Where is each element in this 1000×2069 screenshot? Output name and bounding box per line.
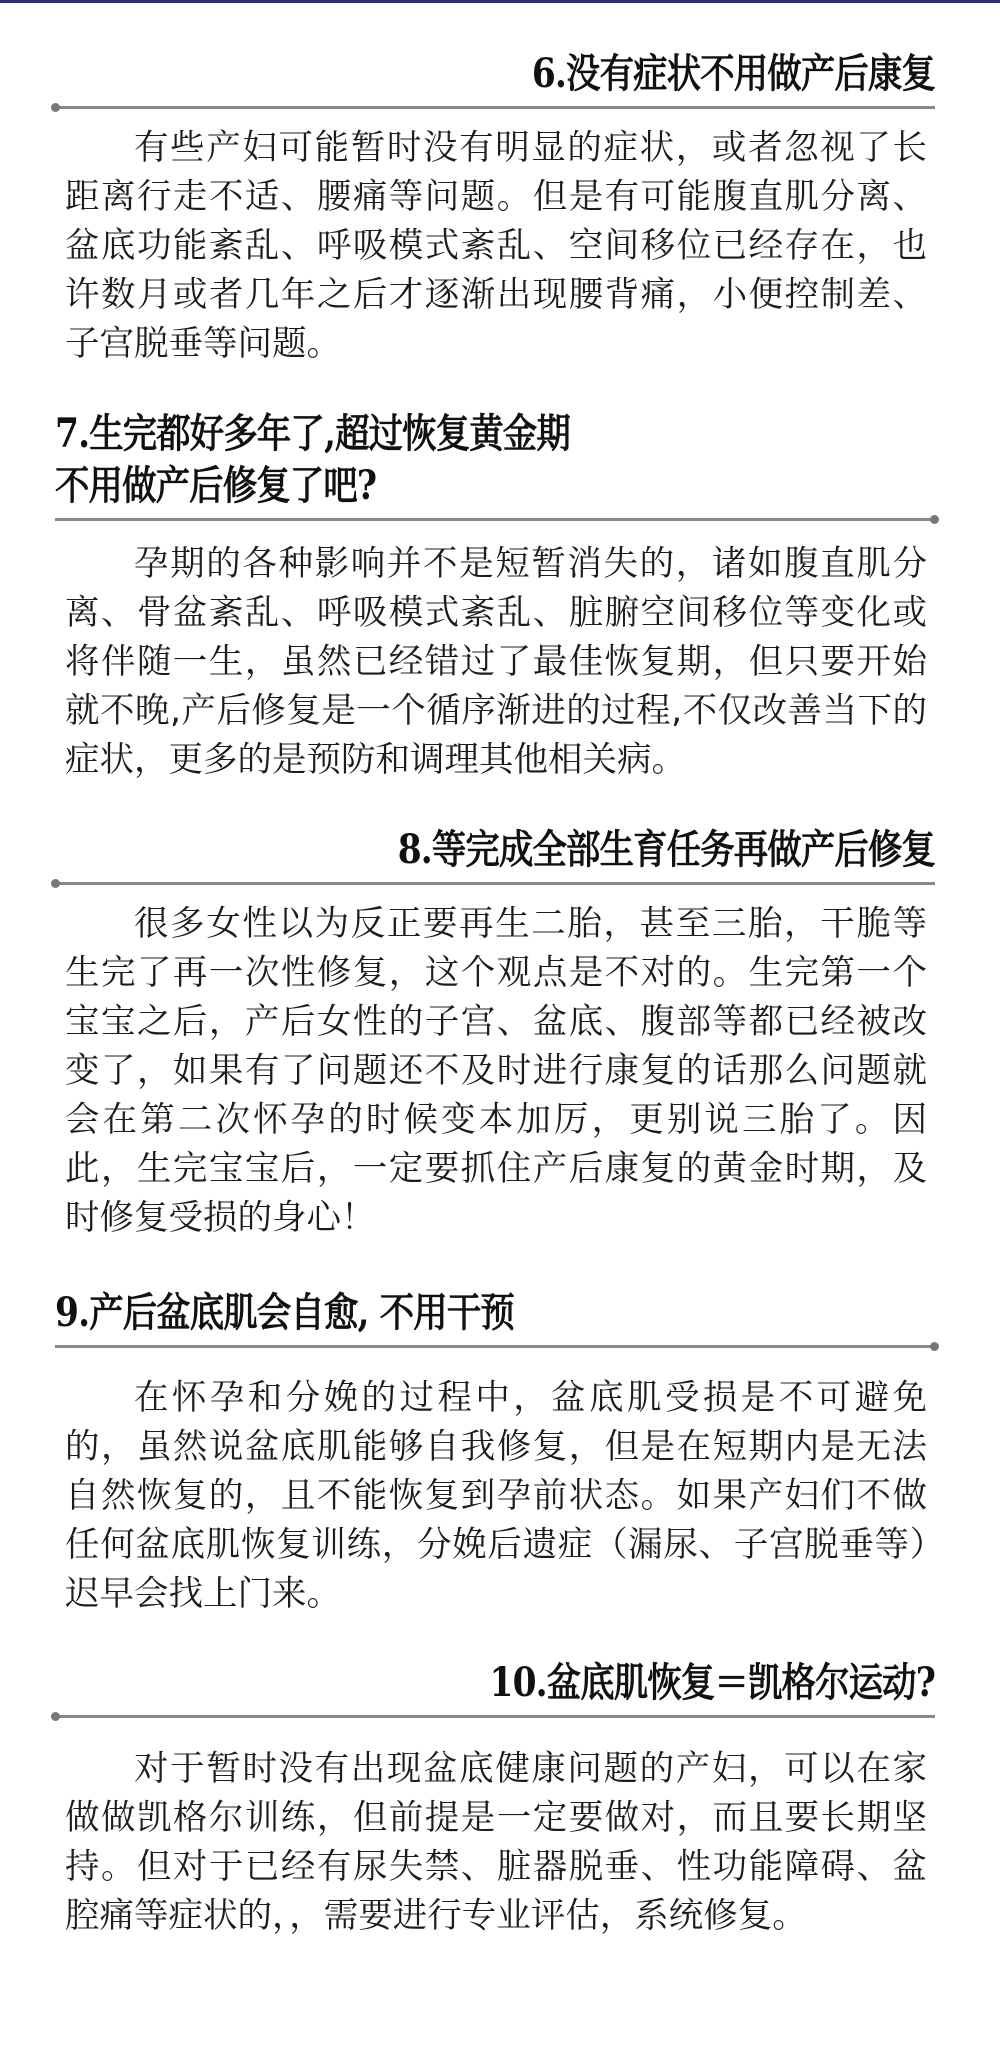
- section-9: 9.产后盆底肌会自愈, 不用干预: [55, 1287, 935, 1348]
- divider-dot-icon: [930, 1342, 939, 1351]
- section-7-divider: [55, 518, 935, 521]
- section-9-paragraph: 在怀孕和分娩的过程中，盆底肌受损是不可避免的，虽然说盆底肌能够自我修复，但是在短…: [55, 1374, 935, 1619]
- section-6-paragraph: 有些产妇可能暂时没有明显的症状，或者忽视了长距离行走不适、腰痛等问题。但是有可能…: [55, 124, 935, 369]
- section-6-divider: [55, 106, 935, 109]
- section-7-body: 孕期的各种影响并不是短暂消失的，诸如腹直肌分离、骨盆紊乱、呼吸模式紊乱、脏腑空间…: [55, 540, 935, 785]
- divider-dot-icon: [51, 879, 60, 888]
- section-8-body: 很多女性以为反正要再生二胎，甚至三胎，干脆等生完了再一次性修复，这个观点是不对的…: [55, 900, 935, 1243]
- section-6-body: 有些产妇可能暂时没有明显的症状，或者忽视了长距离行走不适、腰痛等问题。但是有可能…: [55, 124, 935, 369]
- divider-dot-icon: [51, 103, 60, 112]
- section-6-heading: 6.没有症状不用做产后康复: [178, 48, 935, 100]
- section-6: 6.没有症状不用做产后康复: [55, 48, 935, 109]
- section-10-divider: [55, 1715, 935, 1718]
- section-9-divider: [55, 1345, 935, 1348]
- section-7-heading-line-1: 7.生完都好多年了,超过恢复黄金期: [55, 408, 812, 460]
- section-10: 10.盆底肌恢复＝凯格尔运动?: [55, 1657, 935, 1718]
- section-8-paragraph: 很多女性以为反正要再生二胎，甚至三胎，干脆等生完了再一次性修复，这个观点是不对的…: [55, 900, 935, 1243]
- section-7-heading-line-2: 不用做产后修复了吧?: [55, 460, 812, 512]
- section-9-body: 在怀孕和分娩的过程中，盆底肌受损是不可避免的，虽然说盆底肌能够自我修复，但是在短…: [55, 1374, 935, 1619]
- section-9-heading: 9.产后盆底肌会自愈, 不用干预: [55, 1287, 812, 1339]
- divider-dot-icon: [930, 515, 939, 524]
- section-10-paragraph: 对于暂时没有出现盆底健康问题的产妇，可以在家做做凯格尔训练，但前提是一定要做对，…: [55, 1745, 935, 1941]
- section-10-heading: 10.盆底肌恢复＝凯格尔运动?: [178, 1657, 935, 1709]
- section-10-body: 对于暂时没有出现盆底健康问题的产妇，可以在家做做凯格尔训练，但前提是一定要做对，…: [55, 1745, 935, 1941]
- section-7: 7.生完都好多年了,超过恢复黄金期 不用做产后修复了吧?: [55, 408, 935, 521]
- section-8-heading: 8.等完成全部生育任务再做产后修复: [178, 824, 935, 876]
- section-8-divider: [55, 882, 935, 885]
- top-accent-bar: [0, 0, 1000, 3]
- divider-dot-icon: [51, 1712, 60, 1721]
- section-8: 8.等完成全部生育任务再做产后修复: [55, 824, 935, 885]
- section-7-paragraph: 孕期的各种影响并不是短暂消失的，诸如腹直肌分离、骨盆紊乱、呼吸模式紊乱、脏腑空间…: [55, 540, 935, 785]
